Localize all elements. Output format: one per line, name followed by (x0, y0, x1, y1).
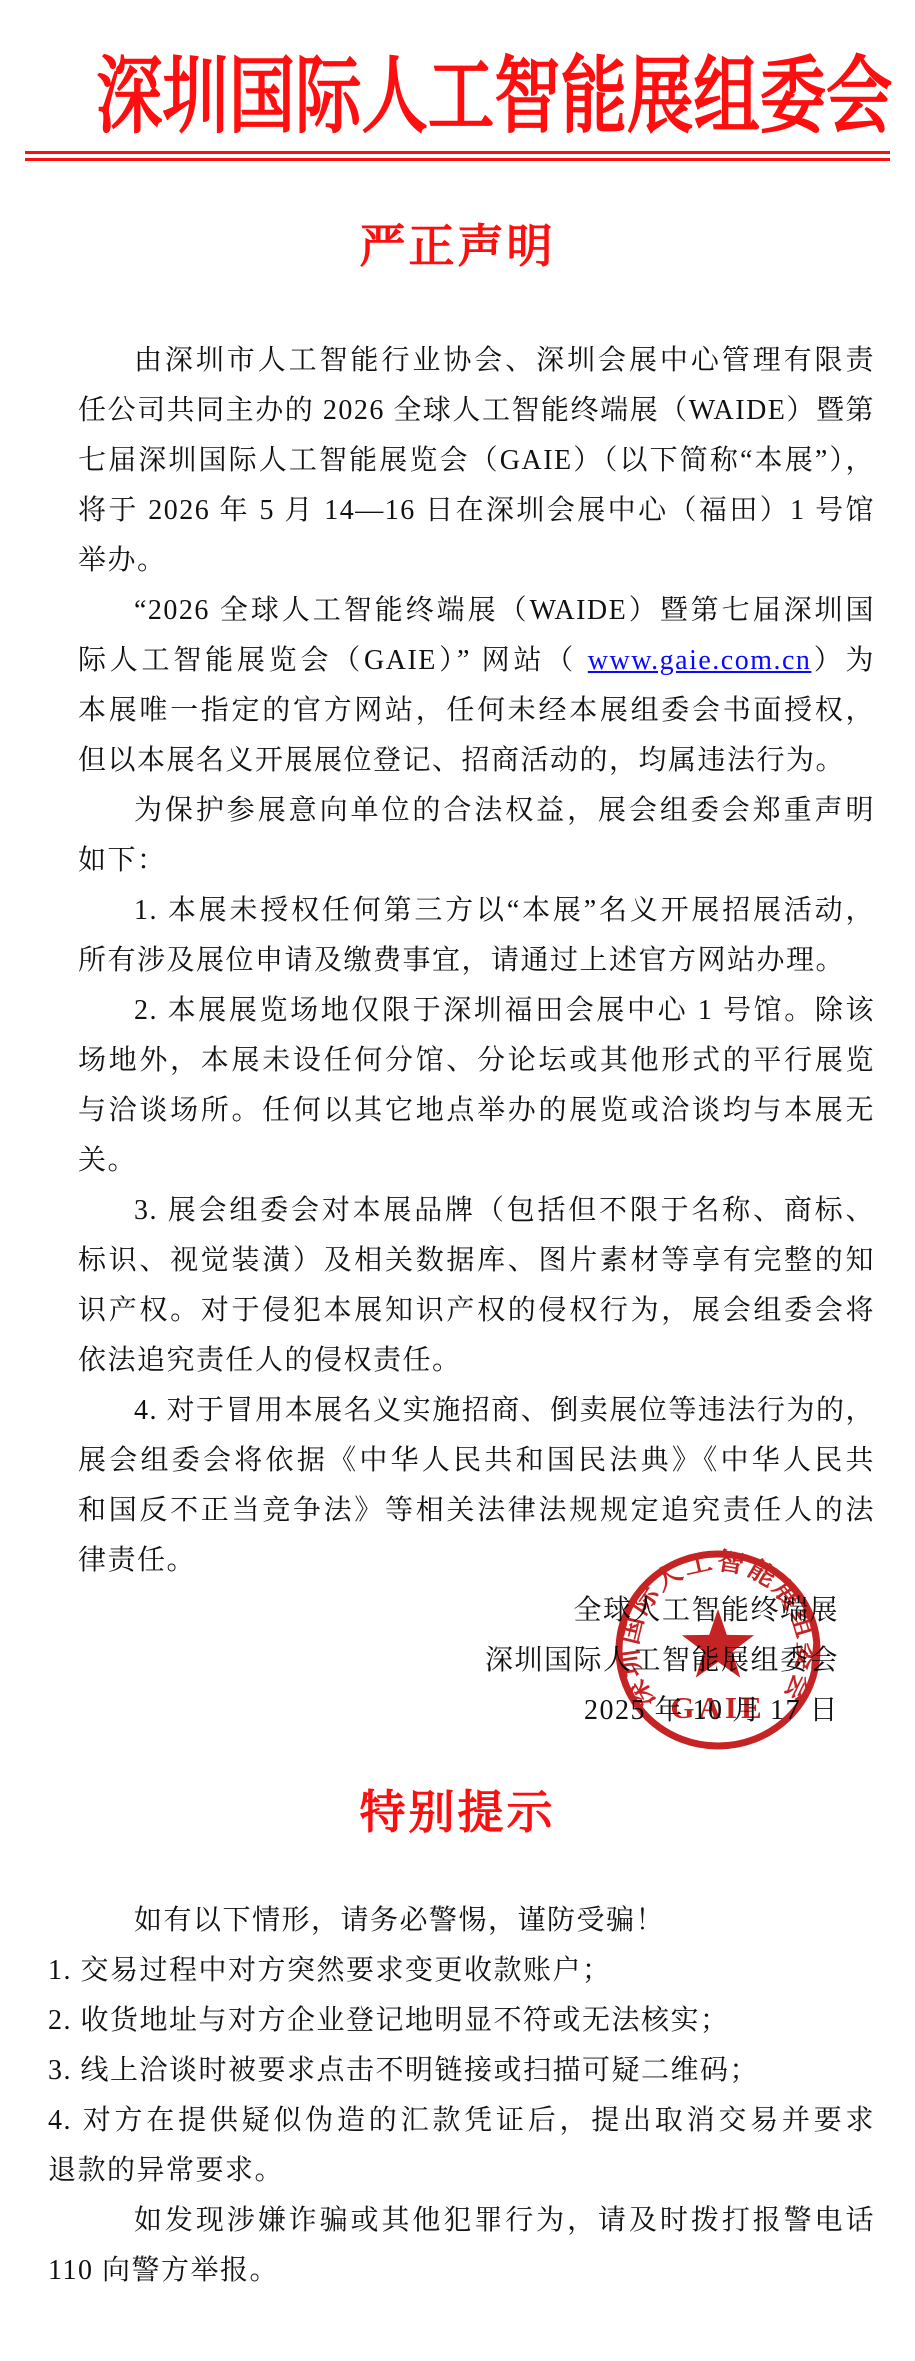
text-line: 识产权。对于侵犯本展知识产权的侵权行为，展会组委会将 (78, 1286, 875, 1336)
text-line: 由深圳市人工智能行业协会、深圳会展中心管理有限责 (78, 336, 875, 386)
text-line: 场地外，本展未设任何分馆、分论坛或其他形式的平行展览 (78, 1036, 875, 1086)
text-line: 际人工智能展览会（GAIE）” 网站（ www.gaie.com.cn）为 (78, 636, 875, 686)
notice-title: 特别提示 (0, 1786, 915, 1840)
text-line: 如下： (78, 836, 875, 886)
text-line: 2. 本展展览场地仅限于深圳福田会展中心 1 号馆。除该 (78, 986, 875, 1036)
text-line: 关。 (78, 1136, 875, 1186)
text-line: 七届深圳国际人工智能展览会（GAIE）（以下简称“本展”）， (78, 436, 875, 486)
text-line: 举办。 (78, 536, 875, 586)
org-title: 深圳国际人工智能展组委会 (96, 46, 819, 150)
text-line: 3. 线上洽谈时被要求点击不明链接或扫描可疑二维码； (48, 2046, 875, 2096)
committee-seal: 深圳国际人工智能展组委会 GAIE (612, 1547, 824, 1753)
title-underline-bottom (25, 158, 890, 161)
text-line: 退款的异常要求。 (48, 2146, 875, 2196)
text-line: 为保护参展意向单位的合法权益，展会组委会郑重声明 (78, 786, 875, 836)
text-line: 1. 本展未授权任何第三方以“本展”名义开展招展活动， (78, 886, 875, 936)
text-line: 展会组委会将依据《中华人民共和国民法典》《中华人民共 (78, 1436, 875, 1486)
text-line: 1. 交易过程中对方突然要求变更收款账户； (48, 1946, 875, 1996)
statement-body: 由深圳市人工智能行业协会、深圳会展中心管理有限责任公司共同主办的 2026 全球… (78, 336, 875, 1586)
text-line: 4. 对方在提供疑似伪造的汇款凭证后，提出取消交易并要求 (48, 2096, 875, 2146)
text-line: 2. 收货地址与对方企业登记地明显不符或无法核实； (48, 1996, 875, 2046)
notice-body: 如有以下情形，请务必警惕，谨防受骗！1. 交易过程中对方突然要求变更收款账户；2… (48, 1896, 875, 2296)
seal-star-icon (682, 1609, 754, 1678)
text-line: 所有涉及展位申请及缴费事宜，请通过上述官方网站办理。 (78, 936, 875, 986)
title-underline-top (25, 151, 890, 154)
text-line: 将于 2026 年 5 月 14—16 日在深圳会展中心（福田）1 号馆 (78, 486, 875, 536)
text-line: 任公司共同主办的 2026 全球人工智能终端展（WAIDE）暨第 (78, 386, 875, 436)
text-line: 3. 展会组委会对本展品牌（包括但不限于名称、商标、 (78, 1186, 875, 1236)
official-website-link[interactable]: www.gaie.com.cn (588, 645, 812, 676)
text-line: 依法追究责任人的侵权责任。 (78, 1336, 875, 1386)
text-line: 与洽谈场所。任何以其它地点举办的展览或洽谈均与本展无 (78, 1086, 875, 1136)
text-line: 标识、视觉装潢）及相关数据库、图片素材等享有完整的知 (78, 1236, 875, 1286)
text-line: 本展唯一指定的官方网站，任何未经本展组委会书面授权， (78, 686, 875, 736)
text-line: 110 向警方举报。 (48, 2246, 875, 2296)
seal-code-text: GAIE (670, 1690, 765, 1725)
text-line: 4. 对于冒用本展名义实施招商、倒卖展位等违法行为的， (78, 1386, 875, 1436)
text-line: 如有以下情形，请务必警惕，谨防受骗！ (48, 1896, 875, 1946)
document-page: 深圳国际人工智能展组委会 严正声明 由深圳市人工智能行业协会、深圳会展中心管理有… (0, 0, 915, 2361)
statement-title: 严正声明 (0, 220, 915, 274)
text-line: 但以本展名义开展展位登记、招商活动的，均属违法行为。 (78, 736, 875, 786)
text-line: “2026 全球人工智能终端展（WAIDE）暨第七届深圳国 (78, 586, 875, 636)
text-line: 如发现涉嫌诈骗或其他犯罪行为，请及时拨打报警电话 (48, 2196, 875, 2246)
text-line: 和国反不正当竞争法》等相关法律法规规定追究责任人的法 (78, 1486, 875, 1536)
